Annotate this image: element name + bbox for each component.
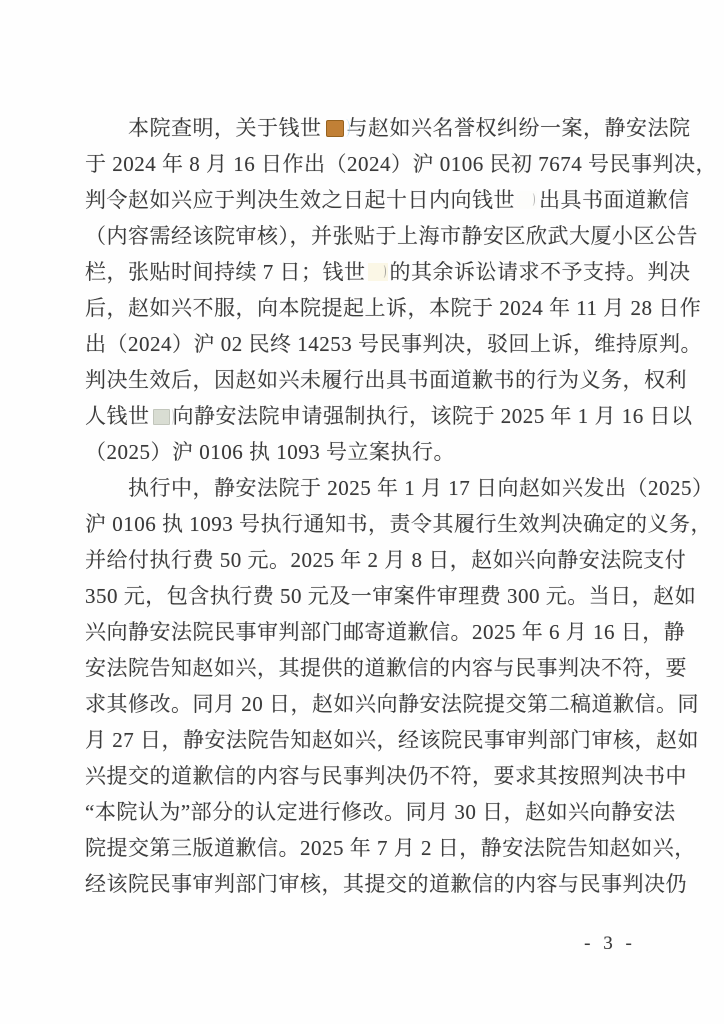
text-line: 沪 0106 执 1093 号执行通知书，责令其履行生效判决确定的义务， [85,506,641,542]
text-segment: 与赵如兴名誉权纠纷一案，静安法院 [347,116,691,140]
text-line: 院提交第三版道歉信。2025 年 7 月 2 日，静安法院告知赵如兴， [85,830,641,866]
text-segment: 栏，张贴时间持续 7 日；钱世 [85,260,366,284]
text-segment: （2025）沪 0106 执 1093 号立案执行。 [85,440,455,464]
text-line: （内容需经该院审核），并张贴于上海市静安区欣武大厦小区公告 [85,218,641,254]
text-line: 本院查明，关于钱世与赵如兴名誉权纠纷一案，静安法院 [85,110,641,146]
text-segment: 判决生效后，因赵如兴未履行出具书面道歉书的行为义务，权利 [85,368,687,392]
page-number: - 3 - [560,933,660,955]
text-segment: 向静安法院申请强制执行，该院于 2025 年 1 月 16 日以 [173,404,693,428]
text-segment: 并给付执行费 50 元。2025 年 2 月 8 日，赵如兴向静安法院支付 [85,548,686,572]
text-line: 栏，张贴时间持续 7 日；钱世的其余诉讼请求不予支持。判决 [85,254,641,290]
text-line: （2025）沪 0106 执 1093 号立案执行。 [85,434,641,470]
redaction-mark [368,263,388,281]
text-line: “本院认为”部分的认定进行修改。同月 30 日，赵如兴向静安法 [85,794,641,830]
text-line: 月 27 日，静安法院告知赵如兴，经该院民事审判部门审核，赵如 [85,722,641,758]
text-segment: 本院查明，关于钱世 [128,116,322,140]
text-segment: 的其余诉讼请求不予支持。判决 [390,260,691,284]
text-line: 安法院告知赵如兴，其提供的道歉信的内容与民事判决不符，要 [85,650,641,686]
text-line: 兴提交的道歉信的内容与民事判决仍不符，要求其按照判决书中 [85,758,641,794]
text-line: 350 元，包含执行费 50 元及一审案件审理费 300 元。当日，赵如 [85,578,641,614]
redaction-mark [517,191,537,209]
text-segment: “本院认为”部分的认定进行修改。同月 30 日，赵如兴向静安法 [85,800,676,824]
text-segment: 月 27 日，静安法院告知赵如兴，经该院民事审判部门审核，赵如 [85,728,699,752]
text-line: 执行中，静安法院于 2025 年 1 月 17 日向赵如兴发出（2025） [85,470,641,506]
text-line: 出（2024）沪 02 民终 14253 号民事判决，驳回上诉，维持原判。 [85,326,641,362]
text-segment: （内容需经该院审核），并张贴于上海市静安区欣武大厦小区公告 [85,224,698,248]
text-line: 判令赵如兴应于判决生效之日起十日内向钱世出具书面道歉信 [85,182,641,218]
text-segment: 沪 0106 执 1093 号执行通知书，责令其履行生效判决确定的义务， [85,512,712,536]
text-segment: 判令赵如兴应于判决生效之日起十日内向钱世 [85,188,515,212]
text-segment: 出（2024）沪 02 民终 14253 号民事判决，驳回上诉，维持原判。 [85,332,702,356]
text-segment: 安法院告知赵如兴，其提供的道歉信的内容与民事判决不符，要 [85,656,687,680]
text-line: 判决生效后，因赵如兴未履行出具书面道歉书的行为义务，权利 [85,362,641,398]
text-segment: 兴向静安法院民事审判部门邮寄道歉信。2025 年 6 月 16 日，静 [85,620,685,644]
text-line: 求其修改。同月 20 日，赵如兴向静安法院提交第二稿道歉信。同 [85,686,641,722]
document-body-text: 本院查明，关于钱世与赵如兴名誉权纠纷一案，静安法院于 2024 年 8 月 16… [85,110,641,902]
text-segment: 出具书面道歉信 [539,188,690,212]
text-line: 人钱世向静安法院申请强制执行，该院于 2025 年 1 月 16 日以 [85,398,641,434]
text-segment: 兴提交的道歉信的内容与民事判决仍不符，要求其按照判决书中 [85,764,687,788]
text-segment: 院提交第三版道歉信。2025 年 7 月 2 日，静安法院告知赵如兴， [85,836,696,860]
redaction-mark [326,120,344,137]
text-line: 后，赵如兴不服，向本院提起上诉，本院于 2024 年 11 月 28 日作 [85,290,641,326]
text-segment: 经该院民事审判部门审核，其提交的道歉信的内容与民事判决仍 [85,872,687,896]
text-line: 于 2024 年 8 月 16 日作出（2024）沪 0106 民初 7674 … [85,146,641,182]
text-segment: 人钱世 [85,404,150,428]
text-segment: 350 元，包含执行费 50 元及一审案件审理费 300 元。当日，赵如 [85,584,696,608]
scanned-court-document-page: 本院查明，关于钱世与赵如兴名誉权纠纷一案，静安法院于 2024 年 8 月 16… [0,0,724,1024]
text-line: 兴向静安法院民事审判部门邮寄道歉信。2025 年 6 月 16 日，静 [85,614,641,650]
text-segment: 于 2024 年 8 月 16 日作出（2024）沪 0106 民初 7674 … [85,152,717,176]
text-segment: 求其修改。同月 20 日，赵如兴向静安法院提交第二稿道歉信。同 [85,692,699,716]
text-segment: 后，赵如兴不服，向本院提起上诉，本院于 2024 年 11 月 28 日作 [85,296,701,320]
text-line: 经该院民事审判部门审核，其提交的道歉信的内容与民事判决仍 [85,866,641,902]
text-line: 并给付执行费 50 元。2025 年 2 月 8 日，赵如兴向静安法院支付 [85,542,641,578]
text-segment: 执行中，静安法院于 2025 年 1 月 17 日向赵如兴发出（2025） [128,476,714,500]
redaction-mark [153,409,170,425]
